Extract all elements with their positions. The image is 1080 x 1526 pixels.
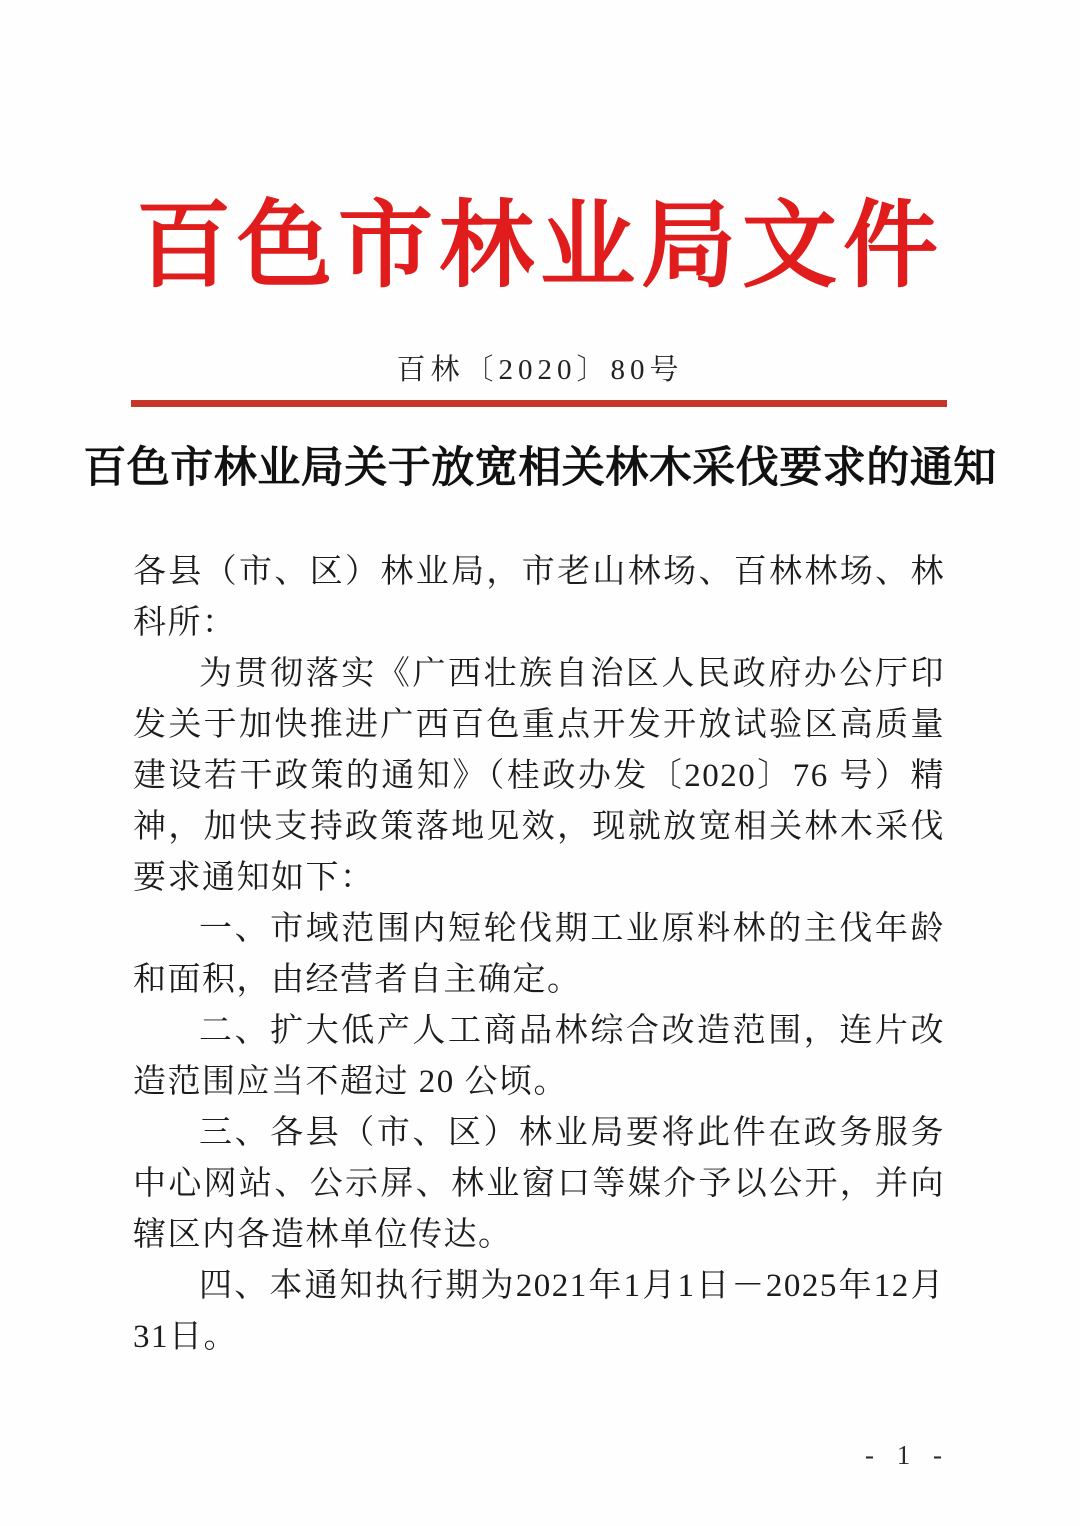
paragraph-item-2: 二、扩大低产人工商品林综合改造范围，连片改造范围应当不超过 20 公顷。	[133, 1006, 945, 1108]
header-rule	[131, 400, 947, 407]
paragraph-intro: 为贯彻落实《广西壮族自治区人民政府办公厅印发关于加快推进广西百色重点开发开放试验…	[133, 649, 945, 904]
paragraph-item-3: 三、各县（市、区）林业局要将此件在政务服务中心网站、公示屏、林业窗口等媒介予以公…	[133, 1108, 945, 1261]
page-number: - 1 -	[865, 1440, 950, 1471]
salutation: 各县（市、区）林业局，市老山林场、百林林场、林科所：	[133, 547, 945, 649]
document-page: 百色市林业局文件 百林〔2020〕80号 百色市林业局关于放宽相关林木采伐要求的…	[0, 0, 1080, 1526]
agency-header-title: 百色市林业局文件	[0, 186, 1080, 306]
paragraph-item-1: 一、市域范围内短轮伐期工业原料林的主伐年龄和面积，由经营者自主确定。	[133, 904, 945, 1006]
doc-title: 百色市林业局关于放宽相关林木采伐要求的通知	[0, 443, 1080, 495]
document-body: 各县（市、区）林业局，市老山林场、百林林场、林科所： 为贯彻落实《广西壮族自治区…	[133, 547, 945, 1363]
paragraph-item-4: 四、本通知执行期为2021年1月1日－2025年12月31日。	[133, 1261, 945, 1363]
doc-number: 百林〔2020〕80号	[0, 354, 1080, 386]
